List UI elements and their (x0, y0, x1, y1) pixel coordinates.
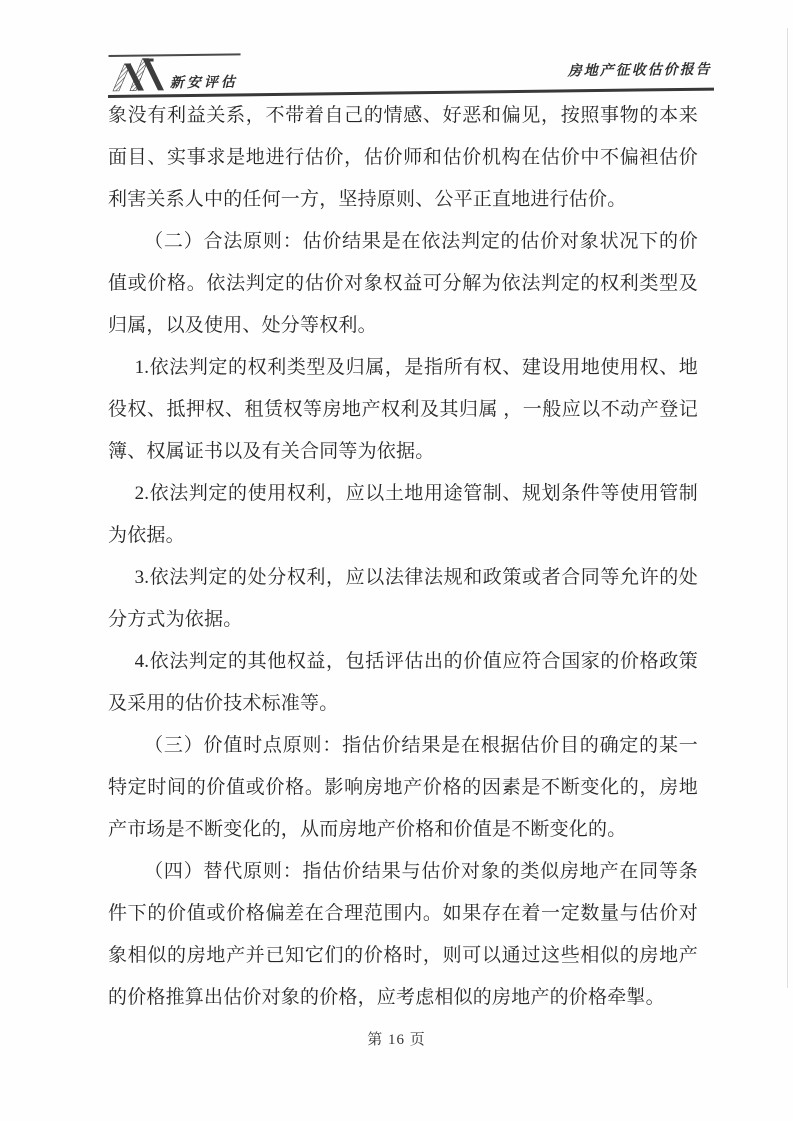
paragraph-principle-value-date: （三）价值时点原则：指估价结果是在根据估价目的确定的某一特定时间的价值或价格。影… (108, 725, 698, 851)
page-number: 第 16 页 (367, 1032, 426, 1048)
page-footer: 第 16 页 (0, 1028, 793, 1049)
logo-top-rule (109, 53, 241, 57)
paragraph-principle-substitution: （四）替代原则：指估价结果与估价对象的类似房地产在同等条件下的价值或价格偏差在合… (108, 851, 698, 1019)
document-body: 象没有利益关系，不带着自己的情感、好恶和偏见，按照事物的本来面目、实事求是地进行… (108, 95, 698, 1019)
page-header: 新安评估 房地产征收估价报告 (107, 43, 713, 94)
paragraph-continuation: 象没有利益关系，不带着自己的情感、好恶和偏见，按照事物的本来面目、实事求是地进行… (108, 95, 698, 221)
paragraph-item-3: 3.依法判定的处分权利，应以法律法规和政策或者合同等允许的处分方式为依据。 (108, 557, 698, 641)
paragraph-item-2: 2.依法判定的使用权利，应以土地用途管制、规划条件等使用管制为依据。 (108, 473, 698, 557)
document-page: 新安评估 房地产征收估价报告 象没有利益关系，不带着自己的情感、好恶和偏见，按照… (0, 0, 793, 1121)
scan-edge-line (787, 28, 788, 988)
paragraph-item-1: 1.依法判定的权利类型及归属，是指所有权、建设用地使用权、地役权、抵押权、租赁权… (108, 347, 698, 473)
paragraph-item-4: 4.依法判定的其他权益，包括评估出的价值应符合国家的价格政策及采用的估价技术标准… (108, 641, 698, 725)
report-type-label: 房地产征收估价报告 (568, 59, 712, 81)
company-name-label: 新安评估 (170, 71, 238, 92)
paragraph-principle-legality: （二）合法原则：估价结果是在依法判定的估价对象状况下的价值或价格。依法判定的估价… (108, 221, 698, 347)
company-logo-icon (110, 57, 166, 92)
